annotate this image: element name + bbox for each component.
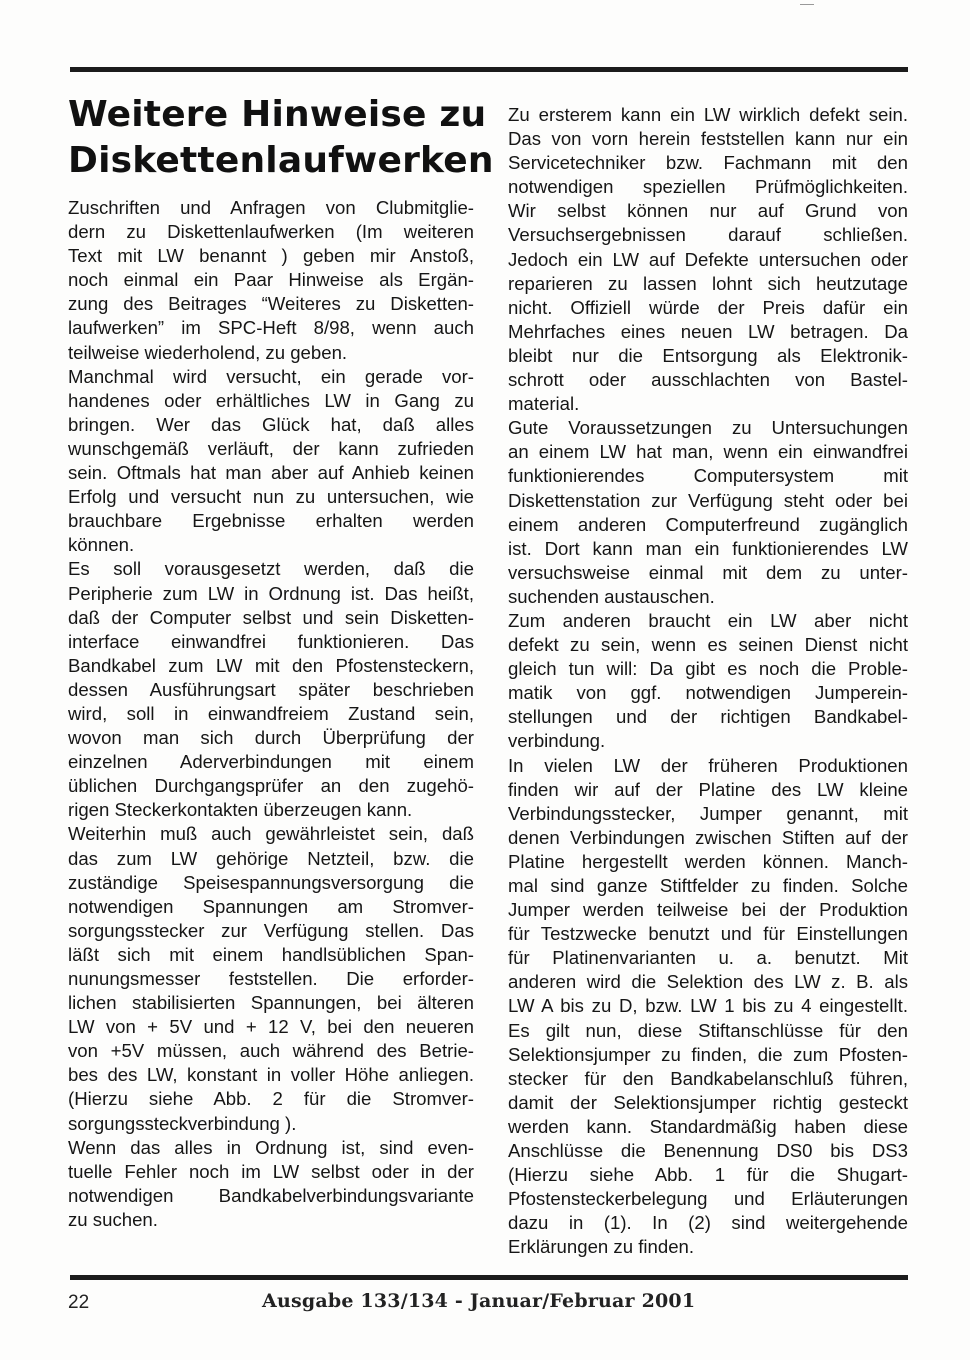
text-line: noch einmal ein Paar Hinweise als Ergän-: [68, 268, 474, 292]
paragraph: Zu ersterem kann ein LW wirklich defekt …: [508, 103, 908, 416]
text-line: Zum anderen braucht ein LW aber nicht: [508, 609, 908, 633]
text-line: stellungen und der richtigen Bandkabel-: [508, 705, 908, 729]
page-number: 22: [68, 1292, 89, 1314]
text-line: wunschgemäß verläuft, der kann zufrieden: [68, 437, 474, 461]
text-line: schrott oder ausschlachten von Bastel-: [508, 368, 908, 392]
text-line: bringen. Wer das Glück hat, daß alles: [68, 413, 474, 437]
text-line: für Testzwecke benutzt und für Einstellu…: [508, 922, 908, 946]
text-line: Text mit LW benannt ) geben mir Anstoß,: [68, 244, 474, 268]
text-line: lichen stabilisierten Spannungen, bei äl…: [68, 991, 474, 1015]
text-line: Wenn das alles in Ordnung ist, sind even…: [68, 1136, 474, 1160]
right-column: Zu ersterem kann ein LW wirklich defekt …: [508, 103, 908, 1260]
text-line: interface einwandfrei funktionieren. Das: [68, 630, 474, 654]
text-line: handenes oder erhältliches LW in Gang zu: [68, 389, 474, 413]
paragraph: Zuschriften und Anfragen von Clubmitglie…: [68, 196, 474, 365]
text-line: Jedoch ein LW auf Defekte untersuchen od…: [508, 248, 908, 272]
text-line: Servicetechniker bzw. Fachmann mit den: [508, 151, 908, 175]
text-line: dazu in (1). In (2) sind weitergehende: [508, 1211, 908, 1235]
text-line: reparieren zu lassen lohnt sich heutzuta…: [508, 272, 908, 296]
text-line: tuelle Fehler noch im LW selbst oder in …: [68, 1160, 474, 1184]
text-line: nicht. Offiziell würde der Preis dafür e…: [508, 296, 908, 320]
text-line: dern zu Diskettenlaufwerken (Im weiteren: [68, 220, 474, 244]
bottom-rule-divider: [70, 1275, 908, 1280]
text-line: In vielen LW der früheren Produktionen: [508, 754, 908, 778]
text-line: wird, soll in einwandfreiem Zustand sein…: [68, 702, 474, 726]
text-line: bleibt nur die Entsorgung als Elektronik…: [508, 344, 908, 368]
paragraph: Manchmal wird versucht, ein gerade vor-h…: [68, 365, 474, 558]
text-line: finden wir auf der Platine des LW kleine: [508, 778, 908, 802]
text-line: von +5V müssen, auch während des Betrie-: [68, 1039, 474, 1063]
paragraph: In vielen LW der früheren Produktionenfi…: [508, 754, 908, 1260]
text-line: Es soll vorausgesetzt werden, daß die: [68, 557, 474, 581]
text-line: Das von vorn herein feststellen kann nur…: [508, 127, 908, 151]
text-line: defekt zu sein, wenn es seinen Dienst ni…: [508, 633, 908, 657]
text-line: wovon man sich durch Überprüfung der: [68, 726, 474, 750]
text-line: notwendigen Spannungen am Stromver-: [68, 895, 474, 919]
text-line: denen Verbindungen zwischen Stiften auf …: [508, 826, 908, 850]
text-line: Anschlüsse die Benennung DS0 bis DS3: [508, 1139, 908, 1163]
text-line: Versuchsergebnissen darauf schließen.: [508, 223, 908, 247]
text-line: zu suchen.: [68, 1208, 474, 1232]
text-line: Wir selbst können nur auf Grund von: [508, 199, 908, 223]
text-line: LW A bis zu D, bzw. LW 1 bis zu 4 einges…: [508, 994, 908, 1018]
text-line: (Hierzu siehe Abb. 2 für die Stromver-: [68, 1087, 474, 1111]
text-line: sorgungssteckverbindung ).: [68, 1112, 474, 1136]
paragraph: Wenn das alles in Ordnung ist, sind even…: [68, 1136, 474, 1232]
text-line: notwendigen Bandkabelverbindungsvariante: [68, 1184, 474, 1208]
text-line: Platine hergestellt werden können. Manch…: [508, 850, 908, 874]
text-line: Zu ersterem kann ein LW wirklich defekt …: [508, 103, 908, 127]
text-line: Mehrfaches eines neuen LW betragen. Da: [508, 320, 908, 344]
text-line: Verbindungsstecker, Jumper genannt, mit: [508, 802, 908, 826]
text-line: bes des LW, konstant in voller Höhe anli…: [68, 1063, 474, 1087]
text-line: Manchmal wird versucht, ein gerade vor-: [68, 365, 474, 389]
left-column: Zuschriften und Anfragen von Clubmitglie…: [68, 196, 474, 1232]
text-line: damit der Selektionsjumper richtig geste…: [508, 1091, 908, 1115]
text-line: dessen Ausführungsart später beschrieben: [68, 678, 474, 702]
text-line: mal sind ganze Stiftfelder zu finden. So…: [508, 874, 908, 898]
issue-label: Ausgabe 133/134 - Januar/Februar 2001: [262, 1290, 695, 1312]
text-line: ist. Dort kann man ein funktionierendes …: [508, 537, 908, 561]
title-line-1: Weitere Hinweise zu: [68, 94, 486, 135]
paragraph: Weiterhin muß auch gewährleistet sein, d…: [68, 822, 474, 1135]
text-line: funktionierendes Computersystem mit: [508, 464, 908, 488]
text-line: Erklärungen zu finden.: [508, 1235, 908, 1259]
text-line: Gute Voraussetzungen zu Untersuchungen: [508, 416, 908, 440]
text-line: Weiterhin muß auch gewährleistet sein, d…: [68, 822, 474, 846]
text-line: zung des Beitrages “Weiteres zu Diskette…: [68, 292, 474, 316]
text-line: für Platinenvarianten u. a. benutzt. Mit: [508, 946, 908, 970]
text-line: Jumper werden teilweise bei der Produkti…: [508, 898, 908, 922]
paragraph: Zum anderen braucht ein LW aber nichtdef…: [508, 609, 908, 754]
text-line: Peripherie zum LW in Ordnung ist. Das he…: [68, 582, 474, 606]
title-line-2: Diskettenlaufwerken: [68, 140, 494, 181]
text-line: läßt sich mit einem handlsüblichen Span-: [68, 943, 474, 967]
text-line: können.: [68, 533, 474, 557]
text-line: zuständige Speisespannungsversorgung die: [68, 871, 474, 895]
text-line: Pfostensteckerbelegung und Erläuterungen: [508, 1187, 908, 1211]
text-line: material.: [508, 392, 908, 416]
text-line: notwendigen speziellen Prüfmöglichkeiten…: [508, 175, 908, 199]
text-line: einem anderen Computerfreund zugänglich: [508, 513, 908, 537]
article-title: Weitere Hinweise zu Diskettenlaufwerken: [68, 92, 488, 184]
text-line: brauchbare Ergebnisse erhalten werden: [68, 509, 474, 533]
text-line: werden kann. Standardmäßig haben diese: [508, 1115, 908, 1139]
text-line: versuchsweise einmal mit dem zu unter-: [508, 561, 908, 585]
text-line: (Hierzu siehe Abb. 1 für die Shugart-: [508, 1163, 908, 1187]
text-line: rigen Steckerkontakten überzeugen kann.: [68, 798, 474, 822]
paragraph: Es soll vorausgesetzt werden, daß diePer…: [68, 557, 474, 822]
text-line: Erfolg und versucht nun zu untersuchen, …: [68, 485, 474, 509]
scan-artifact-mark: [800, 4, 814, 5]
text-line: matik von ggf. notwendigen Jumperein-: [508, 681, 908, 705]
text-line: verbindung.: [508, 729, 908, 753]
text-line: LW von + 5V und + 12 V, bei den neueren: [68, 1015, 474, 1039]
paragraph: Gute Voraussetzungen zu Untersuchungenan…: [508, 416, 908, 609]
text-line: anderen wird die Selektion des LW z. B. …: [508, 970, 908, 994]
text-line: Bandkabel zum LW mit den Pfostensteckern…: [68, 654, 474, 678]
text-line: teilweise wiederholend, zu geben.: [68, 341, 474, 365]
text-line: suchenden austauschen.: [508, 585, 908, 609]
text-line: das zum LW gehörige Netzteil, bzw. die: [68, 847, 474, 871]
top-rule-divider: [70, 67, 908, 72]
text-line: einzelnen Aderverbindungen mit einem: [68, 750, 474, 774]
text-line: daß der Computer selbst und sein Diskett…: [68, 606, 474, 630]
text-line: stecker für den Bandkabelanschluß führen…: [508, 1067, 908, 1091]
text-line: Es gilt nun, diese Stiftanschlüsse für d…: [508, 1019, 908, 1043]
text-line: nunungsmesser feststellen. Die erforder-: [68, 967, 474, 991]
text-line: an einem LW hat man, wenn ein einwandfre…: [508, 440, 908, 464]
text-line: sein. Oftmals hat man aber auf Anhieb ke…: [68, 461, 474, 485]
text-line: Diskettenstation zur Verfügung steht ode…: [508, 489, 908, 513]
text-line: sorgungsstecker zur Verfügung stellen. D…: [68, 919, 474, 943]
text-line: Zuschriften und Anfragen von Clubmitglie…: [68, 196, 474, 220]
text-line: gleich tun will: Da gibt es noch die Pro…: [508, 657, 908, 681]
text-line: üblichen Durchgangsprüfer an den zugehö-: [68, 774, 474, 798]
text-line: Selektionsjumper zu finden, die zum Pfos…: [508, 1043, 908, 1067]
text-line: laufwerken” im SPC-Heft 8/98, wenn auch: [68, 316, 474, 340]
